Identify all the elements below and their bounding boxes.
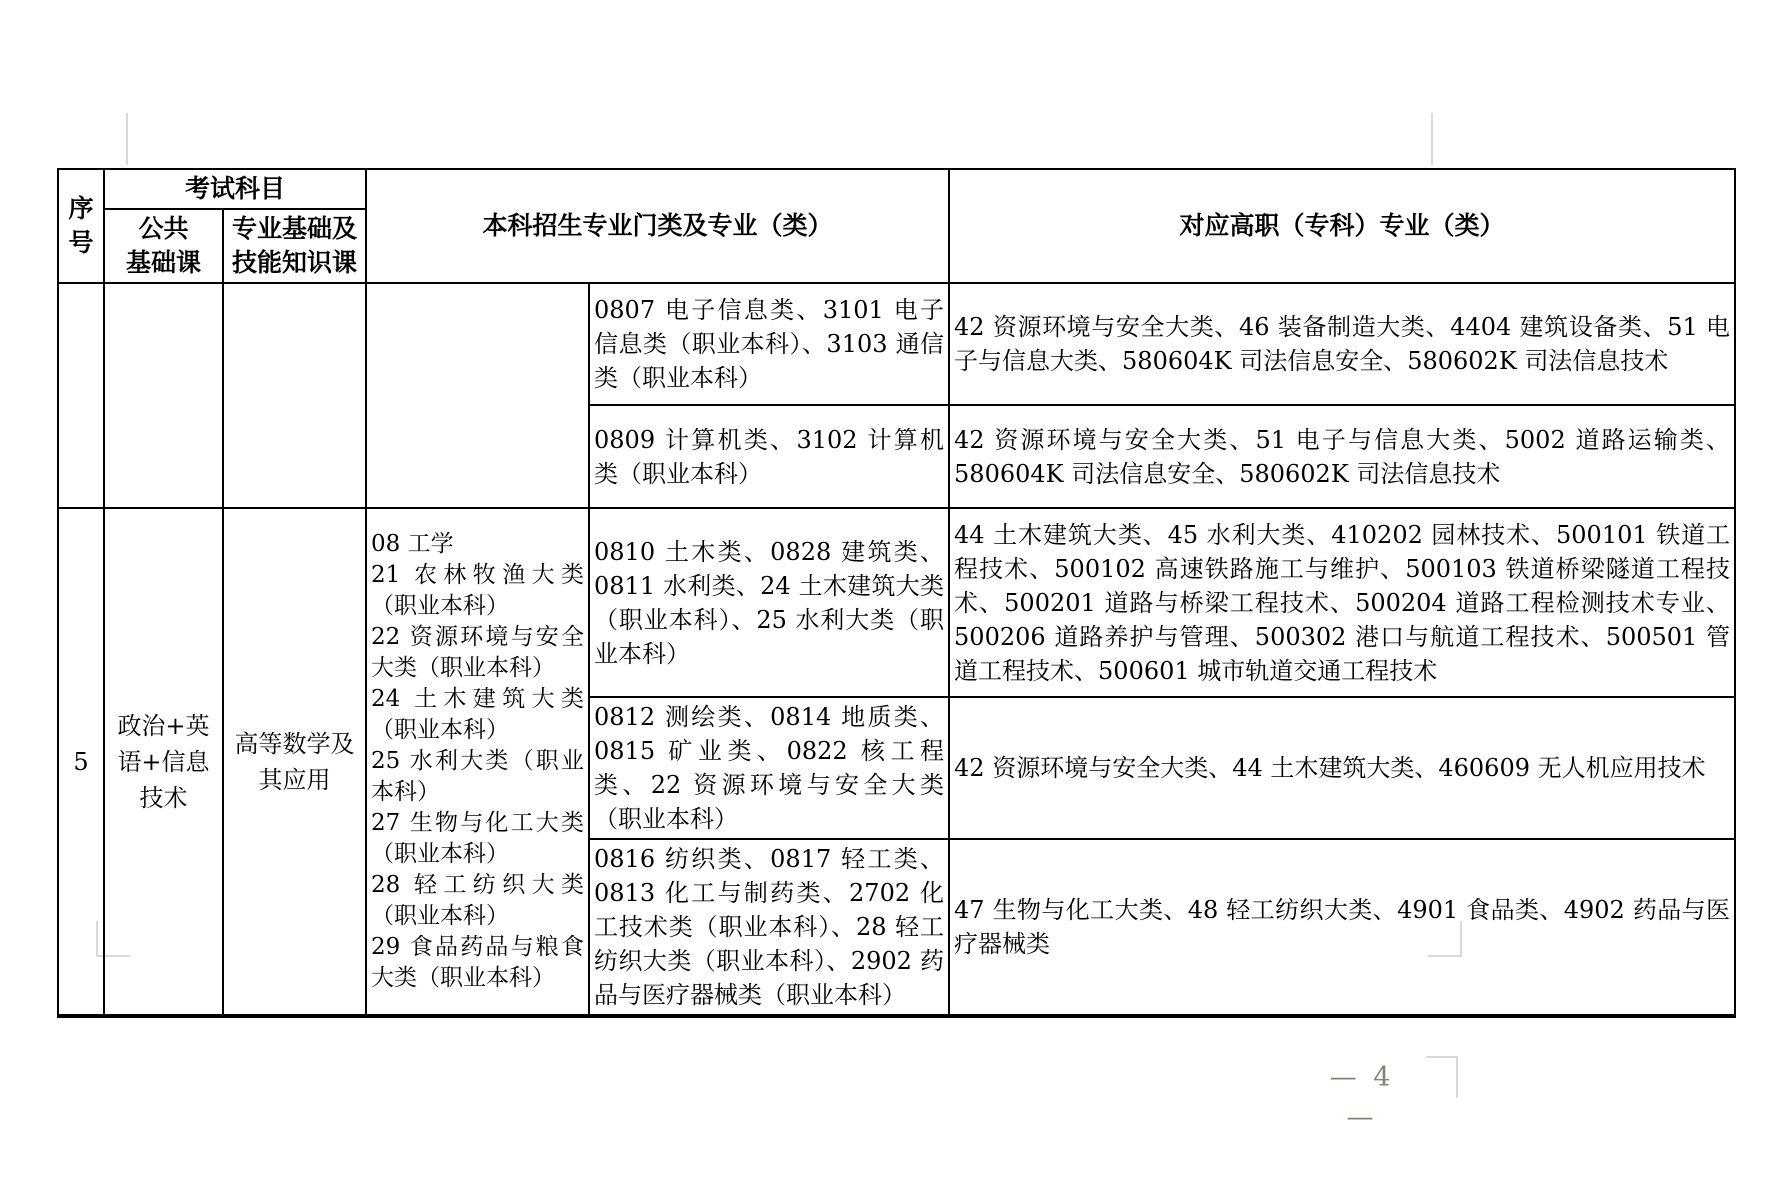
cell-empty-seq xyxy=(58,283,104,508)
header-professional-basic: 专业基础及 技能知识课 xyxy=(223,209,366,283)
cell-row5-seq: 5 xyxy=(58,508,104,1016)
document-page: 序号 考试科目 本科招生专业门类及专业（类） 对应高职（专科）专业（类） 公共 … xyxy=(0,0,1783,1188)
crop-mark-top-right xyxy=(1431,113,1433,165)
table-row: 0807 电子信息类、3101 电子信息类（职业本科）、3103 通信类（职业本… xyxy=(58,283,1735,405)
cell-row5-public-basic: 政治+英语+信息技术 xyxy=(104,508,223,1016)
category-item: 21 农林牧渔大类（职业本科） xyxy=(371,560,584,622)
header-undergrad-majors: 本科招生专业门类及专业（类） xyxy=(366,169,949,283)
crop-mark-page-corner xyxy=(1426,1056,1458,1098)
cell-majors-0816: 0816 纺织类、0817 轻工类、0813 化工与制药类、2702 化工技术类… xyxy=(589,839,949,1016)
cell-vocational-0810: 44 土木建筑大类、45 水利大类、410202 园林技术、500101 铁道工… xyxy=(949,508,1735,697)
cell-row5-professional-basic: 高等数学及其应用 xyxy=(223,508,366,1016)
category-item: 28 轻工纺织大类（职业本科） xyxy=(371,870,584,932)
cell-vocational-0807: 42 资源环境与安全大类、46 装备制造大类、4404 建筑设备类、51 电子与… xyxy=(949,283,1735,405)
cell-empty-categories xyxy=(366,283,589,508)
header-seq: 序号 xyxy=(58,169,104,283)
category-item: 27 生物与化工大类（职业本科） xyxy=(371,808,584,870)
cell-majors-0812: 0812 测绘类、0814 地质类、0815 矿业类、0822 核工程类、22 … xyxy=(589,697,949,839)
cell-vocational-0809: 42 资源环境与安全大类、51 电子与信息大类、5002 道路运输类、58060… xyxy=(949,405,1735,508)
crop-mark-top-left xyxy=(126,113,128,165)
page-number: — 4 — xyxy=(1312,1058,1412,1138)
cell-majors-0810: 0810 土木类、0828 建筑类、0811 水利类、24 土木建筑大类（职业本… xyxy=(589,508,949,697)
header-vocational-majors: 对应高职（专科）专业（类） xyxy=(949,169,1735,283)
category-item: 08 工学 xyxy=(371,529,584,560)
header-row-1: 序号 考试科目 本科招生专业门类及专业（类） 对应高职（专科）专业（类） xyxy=(58,169,1735,209)
category-item: 24 土木建筑大类（职业本科） xyxy=(371,684,584,746)
cell-majors-0809: 0809 计算机类、3102 计算机类（职业本科） xyxy=(589,405,949,508)
cell-majors-0807: 0807 电子信息类、3101 电子信息类（职业本科）、3103 通信类（职业本… xyxy=(589,283,949,405)
category-item: 29 食品药品与粮食大类（职业本科） xyxy=(371,932,584,994)
category-item: 22 资源环境与安全大类（职业本科） xyxy=(371,622,584,684)
category-item: 25 水利大类（职业本科） xyxy=(371,746,584,808)
cell-row5-categories: 08 工学 21 农林牧渔大类（职业本科） 22 资源环境与安全大类（职业本科）… xyxy=(366,508,589,1016)
majors-mapping-table: 序号 考试科目 本科招生专业门类及专业（类） 对应高职（专科）专业（类） 公共 … xyxy=(57,168,1736,1018)
cell-empty-public-basic xyxy=(104,283,223,508)
cell-vocational-0812: 42 资源环境与安全大类、44 土木建筑大类、460609 无人机应用技术 xyxy=(949,697,1735,839)
cell-empty-professional-basic xyxy=(223,283,366,508)
table-row: 5 政治+英语+信息技术 高等数学及其应用 08 工学 21 农林牧渔大类（职业… xyxy=(58,508,1735,697)
cell-vocational-0816: 47 生物与化工大类、48 轻工纺织大类、4901 食品类、4902 药品与医疗… xyxy=(949,839,1735,1016)
header-exam-subjects: 考试科目 xyxy=(104,169,366,209)
header-public-basic: 公共 基础课 xyxy=(104,209,223,283)
